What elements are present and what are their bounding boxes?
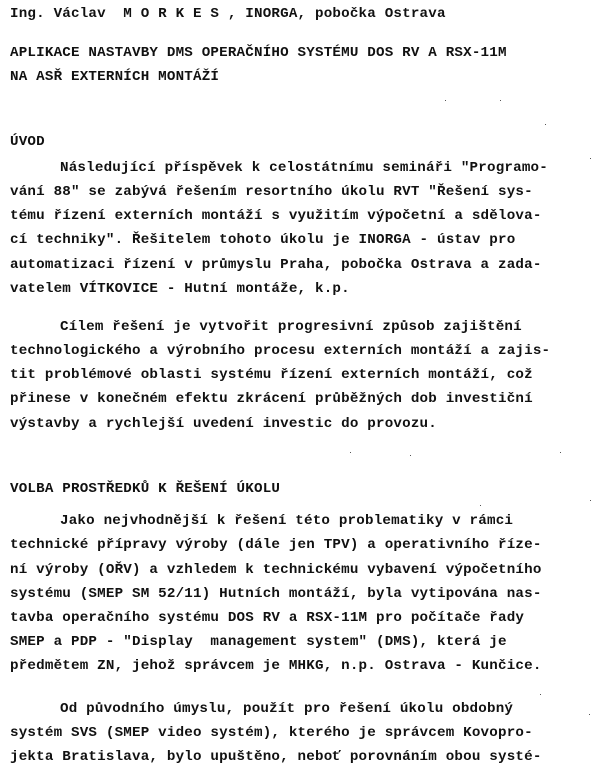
- document-title-line-1: APLIKACE NASTAVBY DMS OPERAČNÍHO SYSTÉMU…: [10, 45, 507, 61]
- paragraph-line: jekta Bratislava, bylo upuštěno, neboť p…: [10, 749, 542, 765]
- paragraph-line: technické přípravy výroby (dále jen TPV)…: [10, 537, 542, 553]
- scan-speck: [445, 100, 446, 101]
- paragraph-line: vání 88" se zabývá řešením resortního úk…: [10, 184, 533, 200]
- paragraph-line: ní výroby (OŘV) a vzhledem k technickému…: [10, 562, 542, 578]
- scan-speck: [500, 100, 501, 101]
- scan-speck: [540, 694, 541, 695]
- paragraph-line: Od původního úmyslu, použít pro řešení ú…: [10, 701, 513, 717]
- paragraph-line: systém SVS (SMEP video systém), kterého …: [10, 725, 533, 741]
- scan-speck: [410, 455, 411, 456]
- paragraph-line: systému (SMEP SM 52/11) Hutních montáží,…: [10, 586, 542, 602]
- paragraph-line: automatizaci řízení v průmyslu Praha, po…: [10, 257, 542, 273]
- paragraph-line: přinese v konečném efektu zkrácení průbě…: [10, 391, 533, 407]
- scan-speck: [545, 124, 546, 125]
- paragraph-line: cí techniky". Řešitelem tohoto úkolu je …: [10, 232, 515, 248]
- section-heading-uvod: ÚVOD: [10, 134, 45, 150]
- paragraph-line: Cílem řešení je vytvořit progresivní způ…: [10, 319, 522, 335]
- scan-speck: [590, 158, 591, 159]
- scan-speck: [560, 452, 561, 453]
- paragraph-line: tému řízení externích montáží s využitím…: [10, 208, 542, 224]
- paragraph-line: tavba operačního systému DOS RV a RSX-11…: [10, 610, 524, 626]
- scan-speck: [480, 505, 481, 506]
- scan-speck: [590, 500, 591, 501]
- section-heading-volba: VOLBA PROSTŘEDKŮ K ŘEŠENÍ ÚKOLU: [10, 481, 280, 497]
- paragraph-line: Jako nejvhodnější k řešení této problema…: [10, 513, 513, 529]
- author-line: Ing. Václav M O R K E S , INORGA, pobočk…: [10, 6, 446, 22]
- paragraph-line: SMEP a PDP - "Display management system"…: [10, 634, 507, 650]
- paragraph-line: tit problémové oblasti systému řízení ex…: [10, 367, 533, 383]
- scan-speck: [350, 452, 351, 453]
- paragraph-line: technologického a výrobního procesu exte…: [10, 343, 550, 359]
- paragraph-line: Následující příspěvek k celostátnímu sem…: [10, 160, 548, 176]
- scan-speck: [589, 714, 590, 715]
- document-title-line-2: NA ASŘ EXTERNÍCH MONTÁŽÍ: [10, 69, 219, 85]
- paragraph-line: vatelem VÍTKOVICE - Hutní montáže, k.p.: [10, 281, 350, 297]
- paragraph-line: předmětem ZN, jehož správcem je MHKG, n.…: [10, 658, 542, 674]
- paragraph-line: výstavby a rychlejší uvedení investic do…: [10, 416, 437, 432]
